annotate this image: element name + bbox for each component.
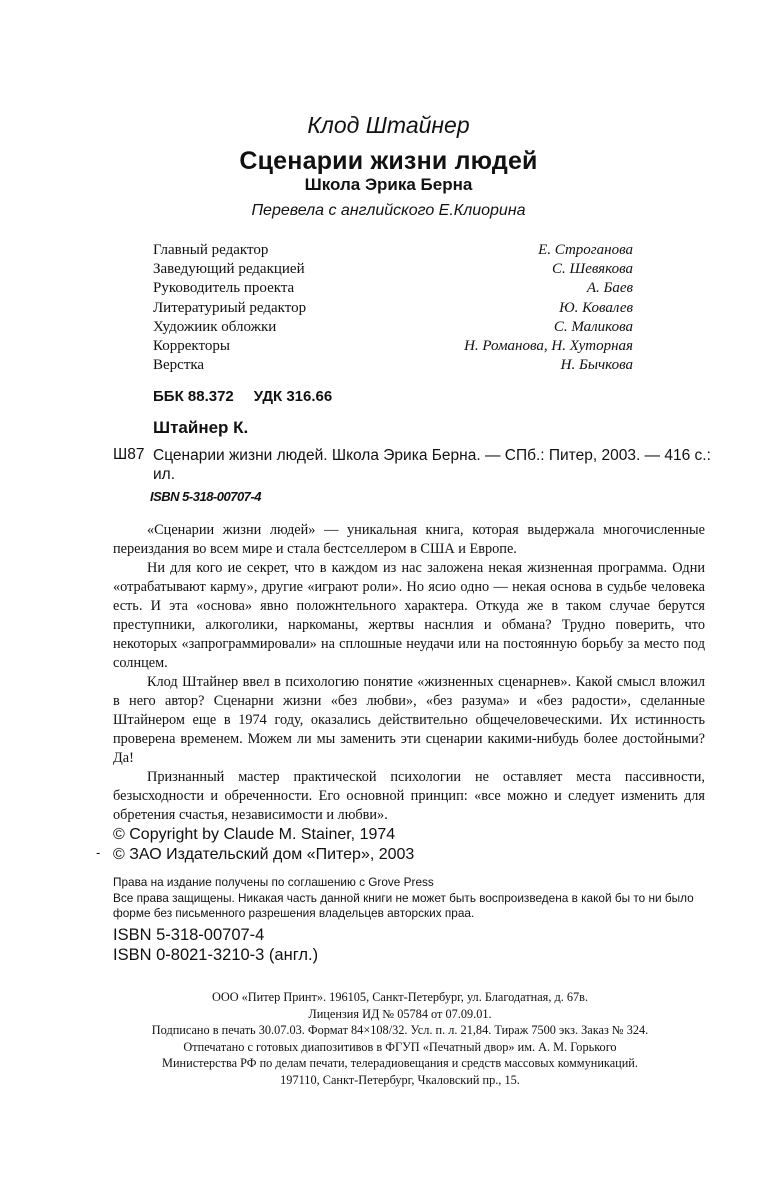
copyright-line: © ЗАО Издательский дом «Питер», 2003 [113,845,414,865]
staff-role: Художиик обложки [153,318,276,337]
classification-codes: ББК 88.372УДК 316.66 [153,388,332,405]
annotation-paragraph: Ни для кого ие секрет, что в каждом из н… [113,559,705,673]
copyright-block: © Copyright by Claude M. Stainer, 1974 ©… [113,825,414,865]
translator-credit: Перевела с английского Е.Клиорина [0,202,777,220]
staff-row: ВерсткаН. Бычкова [153,356,633,375]
printer-imprint: ООО «Питер Принт». 196105, Санкт-Петербу… [110,989,690,1089]
imprint-line: Отпечатано с готовых диапозитивов в ФГУП… [110,1039,690,1056]
annotation-paragraph: Признанный мастер практической психологи… [113,768,705,825]
staff-name: Н. Бычкова [561,356,633,375]
rights-notice: Права на издание получены по соглашению … [113,875,713,922]
rights-line: Все права защищены. Никакая часть данной… [113,891,713,922]
imprint-line: Министерства РФ по делам печати, телерад… [110,1055,690,1072]
imprint-line: Подписано в печать 30.07.03. Формат 84×1… [110,1022,690,1039]
staff-name: Ю. Ковалев [559,299,633,318]
isbn-line: ISBN 0-8021-3210-3 (англ.) [113,945,318,965]
isbn-block: ISBN 5-318-00707-4 ISBN 0-8021-3210-3 (а… [113,925,318,965]
staff-row: Главный редакторЕ. Строганова [153,241,633,260]
staff-role: Руководитель проекта [153,279,294,298]
annotation-paragraph: Клод Штайнер ввел в психологию понятие «… [113,673,705,768]
bbk-code: ББК 88.372 [153,388,234,405]
imprint-line: Лицензия ИД № 05784 от 07.09.01. [110,1006,690,1023]
annotation-paragraph: «Сценарии жизни людей» — уникальная книг… [113,521,705,559]
staff-role: Главный редактор [153,241,268,260]
staff-row: Литературиый редакторЮ. Ковалев [153,299,633,318]
isbn-line: ISBN 5-318-00707-4 [113,925,318,945]
book-subtitle: Школа Эрика Берна [0,175,777,195]
staff-name: Н. Романова, Н. Хуторная [464,337,633,356]
staff-name: Е. Строганова [538,241,633,260]
stray-mark: - [96,845,100,860]
udk-code: УДК 316.66 [254,388,332,405]
staff-row: Художиик обложкиС. Маликова [153,318,633,337]
imprint-line: ООО «Питер Принт». 196105, Санкт-Петербу… [110,989,690,1006]
annotation: «Сценарии жизни людей» — уникальная книг… [113,521,705,825]
catalog-isbn: ISBN 5-318-00707-4 [150,489,261,504]
catalog-code: Ш87 [113,446,153,464]
editorial-staff-list: Главный редакторЕ. Строганова Заведующий… [153,241,633,375]
staff-role: Заведующий редакцией [153,260,305,279]
staff-name: С. Маликова [554,318,633,337]
catalog-entry: Сценарии жизни людей. Школа Эрика Берна.… [153,446,713,484]
copyright-line: © Copyright by Claude M. Stainer, 1974 [113,825,414,845]
staff-row: КорректорыН. Романова, Н. Хуторная [153,337,633,356]
staff-role: Верстка [153,356,204,375]
staff-role: Литературиый редактор [153,299,306,318]
book-author: Клод Штайнер [0,112,777,139]
book-title: Сценарии жизни людей [0,147,777,176]
rights-line: Права на издание получены по соглашению … [113,875,713,891]
staff-name: С. Шевякова [552,260,633,279]
staff-role: Корректоры [153,337,230,356]
catalog-author-heading: Штайнер К. [153,418,248,438]
staff-row: Заведующий редакциейС. Шевякова [153,260,633,279]
staff-name: А. Баев [587,279,633,298]
staff-row: Руководитель проектаА. Баев [153,279,633,298]
imprint-line: 197110, Санкт-Петербург, Чкаловский пр.,… [110,1072,690,1089]
